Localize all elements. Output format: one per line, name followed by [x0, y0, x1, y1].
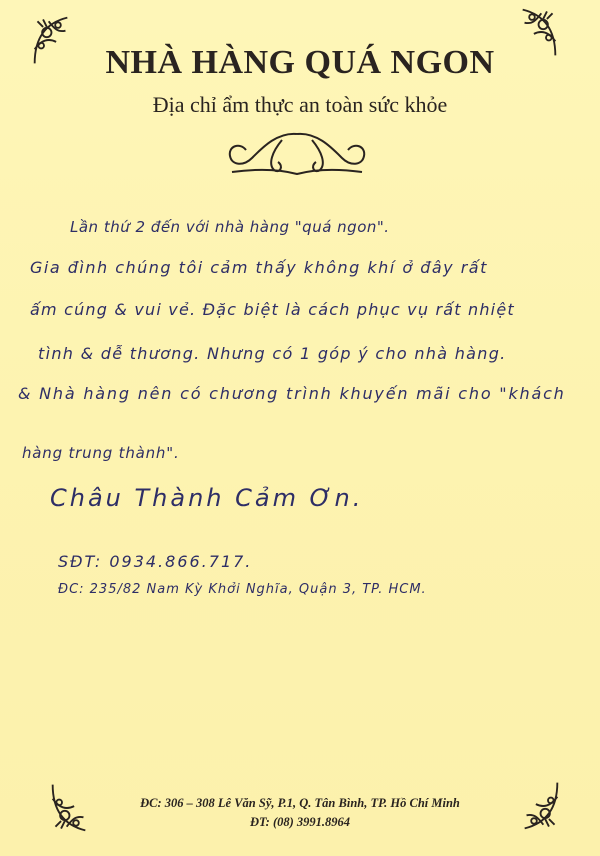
note-line-1: Lần thứ 2 đến với nhà hàng "quá ngon".: [70, 218, 390, 236]
note-line-6: hàng trung thành".: [22, 444, 180, 462]
signature: Châu Thành Cảm Ơn.: [50, 484, 363, 512]
restaurant-subtitle: Địa chỉ ẩm thực an toàn sức khỏe: [0, 92, 600, 118]
footer-address: ĐC: 306 – 308 Lê Văn Sỹ, P.1, Q. Tân Bìn…: [0, 796, 600, 811]
restaurant-title: NHÀ HÀNG QUÁ NGON: [0, 44, 600, 82]
note-line-3: ấm cúng & vui vẻ. Đặc biệt là cách phục …: [30, 300, 515, 319]
note-line-5: & Nhà hàng nên có chương trình khuyến mã…: [18, 384, 566, 403]
note-line-4: tình & dễ thương. Nhưng có 1 góp ý cho n…: [38, 344, 507, 363]
footer-phone: ĐT: (08) 3991.8964: [0, 815, 600, 830]
decorative-flourish-icon: [222, 128, 372, 176]
customer-phone: SĐT: 0934.866.717.: [58, 552, 252, 571]
customer-address: ĐC: 235/82 Nam Kỳ Khởi Nghĩa, Quận 3, TP…: [58, 582, 427, 597]
note-line-2: Gia đình chúng tôi cảm thấy không khí ở …: [30, 258, 488, 277]
